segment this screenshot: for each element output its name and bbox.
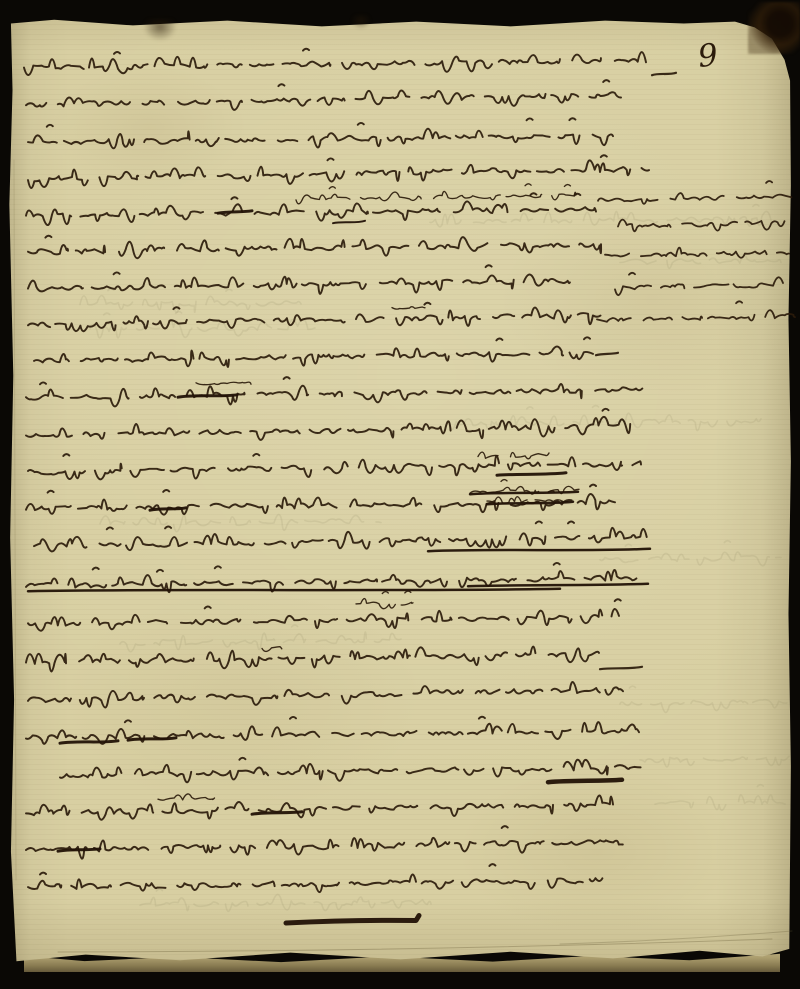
handwritten-text-line xyxy=(26,796,613,820)
ghost-bleedthrough-line xyxy=(140,889,431,911)
margin-note-line xyxy=(597,301,795,321)
handwritten-text-line xyxy=(60,758,641,782)
ghost-bleedthrough-line xyxy=(120,625,401,652)
handwritten-text-line xyxy=(34,337,593,367)
handwritten-text-line xyxy=(26,377,642,406)
handwritten-text-line xyxy=(28,864,602,892)
interlinear-insertion-line xyxy=(158,794,215,800)
strikethrough-stroke xyxy=(28,589,560,591)
page-number: 9 xyxy=(696,37,719,75)
interlinear-insertion-line xyxy=(262,647,282,652)
paper-crease xyxy=(58,939,772,952)
handwritten-text-line xyxy=(26,80,621,110)
strikethrough-stroke xyxy=(468,584,648,586)
strikethrough-stroke xyxy=(333,221,365,223)
interlinear-insertion-line xyxy=(478,452,549,459)
ghost-bleedthrough-line xyxy=(80,289,301,313)
handwritten-text-line xyxy=(28,599,621,631)
strikethrough-stroke xyxy=(150,508,186,510)
margin-note-line xyxy=(605,248,789,258)
paper-crease xyxy=(14,160,16,880)
ghost-bleedthrough-line xyxy=(90,312,315,338)
margin-note-line xyxy=(598,181,791,204)
handwritten-text-line xyxy=(28,454,641,479)
strikethrough-stroke xyxy=(178,395,237,397)
ghost-bleedthrough-line xyxy=(640,756,789,767)
dash-stroke xyxy=(596,353,618,355)
strikethrough-stroke xyxy=(218,211,252,213)
handwritten-text-line xyxy=(28,303,601,332)
strikethrough-stroke xyxy=(487,502,573,504)
strikethrough-stroke xyxy=(428,549,650,551)
ghost-bleedthrough-line xyxy=(100,515,381,532)
ghost-bleedthrough-line xyxy=(655,785,785,811)
strikethrough-stroke xyxy=(128,738,176,740)
ghost-bleedthrough-line xyxy=(600,541,781,566)
interlinear-insertion-line xyxy=(392,307,425,309)
handwritten-text-line xyxy=(34,521,647,551)
handwritten-text-line xyxy=(26,826,623,859)
ink-layer xyxy=(0,0,800,989)
handwritten-text-line xyxy=(28,682,623,708)
handwritten-text-line xyxy=(28,118,613,148)
handwritten-text-line xyxy=(26,563,636,592)
dash-stroke xyxy=(652,73,676,75)
ghost-bleedthrough-line xyxy=(430,205,771,227)
ghost-bleedthrough-line xyxy=(620,255,781,268)
ghost-bleedthrough-line xyxy=(620,686,787,712)
handwritten-text-line xyxy=(26,409,630,440)
dash-stroke xyxy=(600,667,642,669)
strikethrough-stroke xyxy=(60,741,118,743)
strikethrough-stroke xyxy=(548,780,622,782)
strikethrough-stroke xyxy=(497,473,566,475)
margin-note-line xyxy=(615,273,783,295)
strikethrough-stroke xyxy=(58,849,100,851)
handwritten-text-line xyxy=(28,155,649,188)
scan-background: 9 xyxy=(0,0,800,989)
strikethrough-stroke xyxy=(252,812,302,814)
divider-rule xyxy=(286,916,419,924)
handwritten-text-line xyxy=(28,236,601,259)
interlinear-insertion-line xyxy=(196,382,251,385)
interlinear-insertion-line xyxy=(356,591,413,609)
handwritten-text-line xyxy=(26,647,599,672)
handwritten-text-line xyxy=(24,49,646,75)
